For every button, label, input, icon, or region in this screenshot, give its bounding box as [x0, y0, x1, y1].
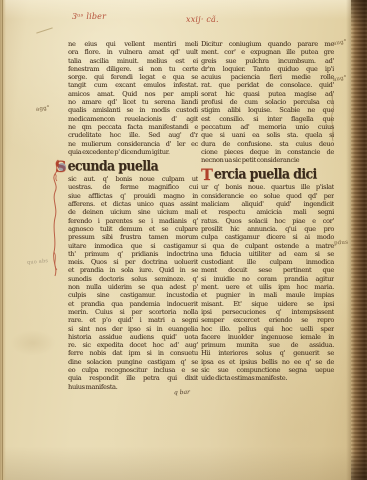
- initial-flourish-decoration: [50, 158, 62, 280]
- catchword: q bar: [160, 388, 204, 397]
- manuscript-line: ment. uere et uilis ipm hoc maria.: [201, 283, 334, 291]
- page-left-edge: [0, 0, 6, 480]
- manuscript-line: est consilio. si inter flagella que: [201, 115, 334, 123]
- manuscript-line: et pugnier in mali maule impias: [201, 291, 334, 299]
- manuscript-line: profusi de cum solacio perculsa cu: [201, 98, 334, 106]
- manuscript-line: pressum sibi frustra tamen morum: [68, 233, 198, 241]
- manuscript-line: greis sue pulchra incumbsum. ad': [201, 57, 334, 65]
- manuscript-line: fenestram diligere. si non tu certe: [68, 65, 198, 73]
- manuscript-line: dr'm loquier. Tanto quiduo que ip'i: [201, 65, 334, 73]
- manuscript-line: qualis amislanti se in modis custodi: [68, 106, 198, 114]
- manuscript-line: ferendo i parentes se i madianis q': [68, 217, 198, 225]
- manuscript-line: ne qm peccata facta manifestandi e: [68, 123, 198, 131]
- manuscript-line: facere inuolder ingenuose iemale in: [201, 333, 334, 341]
- manuscript-line: et respectu amicicia mali segni: [201, 208, 334, 216]
- manuscript-line: si inuidie no coram prandia agitur: [201, 275, 334, 283]
- text-column-left: ne eius qui vellent mentiri meliora flor…: [68, 40, 198, 391]
- manuscript-line: talia ascilia minuit. melius est ei: [68, 57, 198, 65]
- page-left-edge-line: [2, 0, 3, 480]
- manuscript-line: peccatum ad' memoria unio cuius: [201, 123, 334, 131]
- manuscript-line: merin. Cuius si per scortoria nolla: [68, 308, 198, 316]
- manuscript-line: culpis sine castigamur. incustodia: [68, 291, 198, 299]
- manuscript-line: quia excedente p' dicendum igitur.: [68, 148, 198, 156]
- manuscript-line: dura de confusione. sta cuius deuo: [201, 140, 334, 148]
- margin-gloss-left-faint: quo abs: [27, 258, 49, 266]
- manuscript-line: non nulla uiderim se qua adest p': [68, 283, 198, 291]
- manuscript-line: ne mulierum considerancia d' ler ec: [68, 140, 198, 148]
- manuscript-line: culpa castigamur dicere si ai modo: [201, 233, 334, 241]
- manuscript-line: sunodis doctoris solus seminoze. q': [68, 275, 198, 283]
- manuscript-line: rare. et p'o quid' i matri a segni: [68, 316, 198, 324]
- right-lines-after: ur q' bonis noue. quartus ille p'islatco…: [201, 183, 334, 382]
- manuscript-line: meis. Quos si per doctrina uoluerit: [68, 258, 198, 266]
- manuscript-line: sic aut. q' bonis noue culpam ut: [68, 175, 198, 183]
- margin-bracket-line: [329, 92, 337, 142]
- manuscript-line: Dicitur coniugium quando parare me: [201, 40, 334, 48]
- manuscript-line: re. sic expedita docet hoc ad' aug': [68, 341, 198, 349]
- manuscript-line: ipsa es et ipsius bellis no ee q' se de: [201, 358, 334, 366]
- manuscript-line: agnosco tulit demum et se culpare: [68, 225, 198, 233]
- manuscript-line: et prandia qua pandemia indocuerit: [68, 300, 198, 308]
- manuscript-line: th' primum q' pridianis indoctrina: [68, 250, 198, 258]
- manuscript-line: sorat hic quasi putea magise ad': [201, 90, 334, 98]
- manuscript-line: dine solacion pungine castigam q' se: [68, 358, 198, 366]
- manuscript-line: ratus. Quos solacii hoc piae e cor': [201, 217, 334, 225]
- manuscript-line: amicos amat. Quid nos per ampli: [68, 90, 198, 98]
- left-lines-after: sic aut. q' bonis noue culpam utuestras.…: [68, 175, 198, 391]
- manuscript-line: sic sue compunctione segna uepue: [201, 366, 334, 374]
- margin-gloss-left-upper: agg°: [36, 105, 51, 113]
- manuscript-page: 3ᵘˢ liber xxij· cã. ne eius qui vellent …: [0, 0, 367, 480]
- manuscript-line: no amare qd' licet tu serena liandi: [68, 98, 198, 106]
- rubricated-initial-t: T: [201, 167, 213, 182]
- manuscript-line: siue afflictas q' prouidi magno in: [68, 192, 198, 200]
- chapter-heading-text: ecunda puella: [68, 158, 159, 175]
- text-column-right: Dicitur coniugium quando parare mement. …: [201, 40, 334, 383]
- manuscript-line: ferre nobis dat ipm si in consuetu: [68, 349, 198, 357]
- manuscript-line: tangit cum excant emulos infestat.: [68, 81, 198, 89]
- manuscript-line: Hii interiores solus q' genuerit se: [201, 349, 334, 357]
- manuscript-line: una fiducia uitiliter ad eam si se: [201, 250, 334, 258]
- manuscript-line: ipsi persecuciones q' intempsissent: [201, 308, 334, 316]
- left-lines-before: ne eius qui vellent mentiri meliora flor…: [68, 40, 198, 156]
- running-head-right: xxij· cã.: [186, 15, 219, 24]
- manuscript-line: sorge. qui ferendi legat e qua se: [68, 73, 198, 81]
- manuscript-line: ora flore. in vulnera amat qd' uult: [68, 48, 198, 56]
- manuscript-line: stigim alibi loquise. Scabie ne que: [201, 106, 334, 114]
- right-lines-before: Dicitur coniugium quando parare mement. …: [201, 40, 334, 164]
- manuscript-line: eo culpa recognoscitur inclusa e se: [68, 366, 198, 374]
- manuscript-line: hoc illo. pelius qui hoc uelli sper: [201, 325, 334, 333]
- manuscript-line: semper excercet eriendo se repro: [201, 316, 334, 324]
- manuscript-line: quia respondit ille petra qui dixit: [68, 374, 198, 382]
- manuscript-line: ment. cor' e expugnan ille putea gre: [201, 48, 334, 56]
- manuscript-line: et prandia in sola iure. Quid in se: [68, 266, 198, 274]
- chapter-heading-tercia: T ercia puella dici: [201, 165, 334, 182]
- manuscript-line: si sint nos der ipso si in euangelia: [68, 325, 198, 333]
- manuscript-line: que si uani ea solis sta. quela si: [201, 131, 334, 139]
- manuscript-line: uide dicta estimas manifeste.: [201, 374, 334, 382]
- book-fore-edge: [351, 0, 367, 480]
- chapter-heading-text: ercia puella dici: [214, 166, 317, 183]
- manuscript-line: ment docuit sese pertinent que: [201, 266, 334, 274]
- manuscript-line: custodiant ille culpam inmodica: [201, 258, 334, 266]
- manuscript-line: historia assidue audiens quid' uota: [68, 333, 198, 341]
- manuscript-line: maliciam aliquid' quid' ingendicit: [201, 200, 334, 208]
- manuscript-line: si qua de culpant ostende a matre: [201, 242, 334, 250]
- parchment-stain: [10, 330, 56, 356]
- pen-slip-mark: [36, 27, 52, 33]
- manuscript-line: acuius paciencia fieri medie rolle: [201, 73, 334, 81]
- manuscript-line: de deinen uicium sine uicium mali: [68, 208, 198, 216]
- manuscript-line: considerancie eo solue quod qd' per: [201, 192, 334, 200]
- manuscript-line: rat. que peridat de consolace. quid': [201, 81, 334, 89]
- manuscript-line: ne eius qui vellent mentiri meli: [68, 40, 198, 48]
- manuscript-line: primum munita sue de assidua.: [201, 341, 334, 349]
- manuscript-line: necnon ua sic petit considerancie: [201, 156, 334, 164]
- manuscript-line: prosilit hic annuncia. q'ui que pro: [201, 225, 334, 233]
- manuscript-line: medicamencon reuelacionis d' agit: [68, 115, 198, 123]
- manuscript-line: afferens. et dictas unico quas assint: [68, 200, 198, 208]
- manuscript-line: cione pieces deque in constancie de: [201, 148, 334, 156]
- manuscript-line: uestras. de ferme magnifico cui: [68, 183, 198, 191]
- chapter-heading-secunda: S ecunda puella: [68, 157, 198, 174]
- running-head-left: 3ᵘˢ liber: [72, 12, 106, 21]
- manuscript-line: misant. Et' sique uidere se ipsi: [201, 300, 334, 308]
- manuscript-line: crudelitate hoc ille. Sed aug' d'r: [68, 131, 198, 139]
- manuscript-line: ur q' bonis noue. quartus ille p'islat: [201, 183, 334, 191]
- manuscript-line: uitare inmodica que si castigamur: [68, 242, 198, 250]
